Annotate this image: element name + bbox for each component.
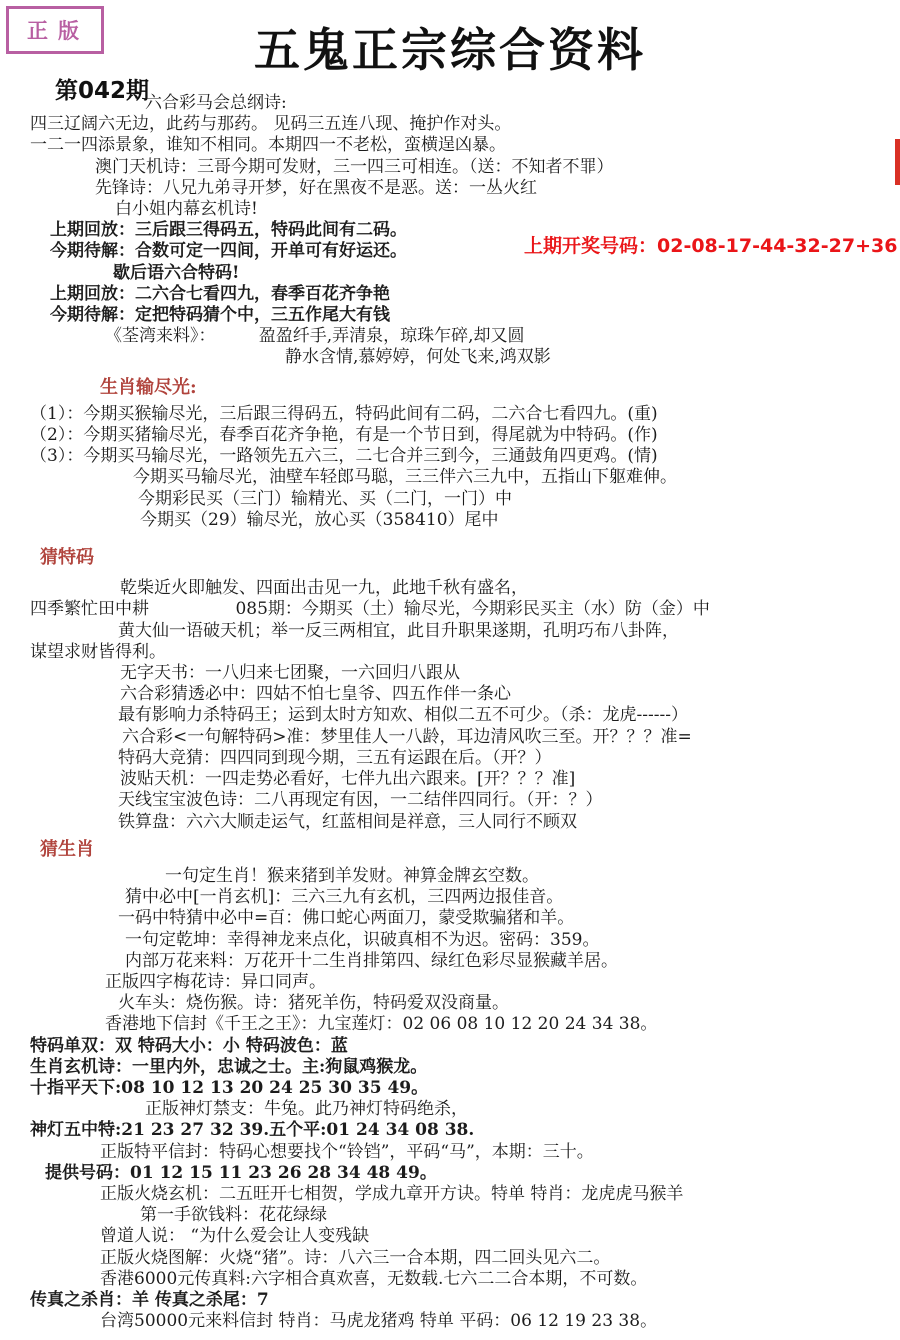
text-line: 传真之杀肖：羊 传真之杀尾：7 xyxy=(30,1290,900,1311)
text-line: （1）：今期买猴输尽光，三后跟三得码五，特码此间有二码，二六合七看四九。(重) xyxy=(30,404,900,425)
text-line: 正版火烧图解：火烧“猪”。诗：八六三一合本期，四二回头见六二。 xyxy=(100,1248,900,1269)
text-line: 今期待解：合数可定一四间，开单可有好运还。 xyxy=(50,241,900,262)
text-line: 静水含情,慕婷婷，何处飞来,鸿双影 xyxy=(285,347,900,368)
text-line: 白小姐内幕玄机诗! xyxy=(115,199,900,220)
text-line: 特码单双：双 特码大小：小 特码波色：蓝 xyxy=(30,1036,900,1057)
text-line: 火车头：烧伤猴。诗：猪死羊伤，特码爱双没商量。 xyxy=(118,993,900,1014)
text-line: 歇后语六合特码! xyxy=(113,263,900,284)
section-heading: 猜特码 xyxy=(40,547,900,568)
text-line: 上期回放：二六合七看四九，春季百花齐争艳 xyxy=(50,284,900,305)
text-line: 黄大仙一语破天机；举一反三两相宜，此目升职果遂期，孔明巧布八卦阵， xyxy=(118,621,900,642)
text-line: 谋望求财皆得利。 xyxy=(30,642,900,663)
document-lines: 六合彩马会总纲诗:四三辽阔六无边，此药与那药。 见码三五连八现、掩护作对头。一二… xyxy=(0,93,900,1332)
text-line: 四季繁忙田中耕 085期：今期买（土）输尽光，今期彩民买主（水）防（金）中 xyxy=(30,599,900,620)
text-line: 第一手欲钱料：花花绿绿 xyxy=(140,1205,900,1226)
text-line: 香港6000元传真料:六字相合真欢喜，无数载.七六二二合本期，不可数。 xyxy=(100,1269,900,1290)
text-line: 今期买（29）输尽光，放心买（358410）尾中 xyxy=(140,510,900,531)
text-line: 一句定乾坤：幸得神龙来点化，识破真相不为迟。密码：359。 xyxy=(125,930,900,951)
text-line: 澳门天机诗：三哥今期可发财，三一四三可相连。（送：不知者不罪） xyxy=(95,157,900,178)
text-line: 《荃湾来料》： 盈盈纤手,弄清泉，琼珠乍碎,却又圆 xyxy=(105,326,900,347)
text-line: 今期买马输尽光，油壁车轻郎马聪，三三伴六三九中，五指山下躯难伸。 xyxy=(133,467,900,488)
page-title: 五鬼正宗综合资料 xyxy=(0,14,900,80)
text-line: 正版四字梅花诗：异口同声。 xyxy=(105,972,900,993)
text-line: 今期彩民买（三门）输精光、买（二门，一门）中 xyxy=(138,489,900,510)
text-line: 上期回放：三后跟三得码五，特码此间有二码。 xyxy=(50,220,900,241)
text-line: 最有影响力杀特码王；运到太时方知欢、相似二五不可少。（杀：龙虎------） xyxy=(118,705,900,726)
text-line: 内部万花来料：万花开十二生肖排第四、绿红色彩尽显猴藏羊居。 xyxy=(125,951,900,972)
text-line: 十指平天下:08 10 12 13 20 24 25 30 35 49。 xyxy=(30,1078,900,1099)
text-line: 正版特平信封：特码心想要找个“铃铛”，平码“马”，本期：三十。 xyxy=(100,1142,900,1163)
text-line: 正版火烧玄机：二五旺开七相贺，学成九章开方诀。特单 特肖：龙虎虎马猴羊 xyxy=(100,1184,900,1205)
section-heading: 生肖输尽光: xyxy=(100,377,900,398)
text-line: 正版神灯禁支：牛兔。此乃神灯特码绝杀， xyxy=(145,1099,900,1120)
text-line: 乾柴近火即触发、四面出击见一九，此地千秋有盛名， xyxy=(120,578,900,599)
text-line: 天线宝宝波色诗：二八再现定有因，一二结伴四同行。（开：？） xyxy=(118,790,900,811)
text-line: 特码大竞猜：四四同到现今期，三五有运跟在后。（开？） xyxy=(118,748,900,769)
text-line: 香港地下信封《千王之王》：九宝莲灯：02 06 08 10 12 20 24 3… xyxy=(105,1014,900,1035)
text-line: 六合彩<一句解特码>准：梦里佳人一八龄，耳边清风吹三至。开？？？准= xyxy=(122,727,900,748)
text-line: 先锋诗：八兄九弟寻开梦，好在黑夜不是恶。送：一丛火红 xyxy=(95,178,900,199)
text-line: 六合彩猜透必中：四姑不怕七皇爷、四五作伴一条心 xyxy=(120,684,900,705)
text-line: 无字天书：一八归来七团聚，一六回归八跟从 xyxy=(120,663,900,684)
text-line: 一二一四添景象，谁知不相同。本期四一不老松，蛮横逞凶暴。 xyxy=(30,135,900,156)
text-line: 神灯五中特:21 23 27 32 39.五个平:01 24 34 08 38. xyxy=(30,1120,900,1141)
text-line: 生肖玄机诗：一里内外，忠诚之士。主:狗鼠鸡猴龙。 xyxy=(30,1057,900,1078)
text-line: 台湾50000元来料信封 特肖：马虎龙猪鸡 特单 平码：06 12 19 23 … xyxy=(100,1311,900,1332)
text-line: 四三辽阔六无边，此药与那药。 见码三五连八现、掩护作对头。 xyxy=(30,114,900,135)
text-line: 提供号码：01 12 15 11 23 26 28 34 48 49。 xyxy=(45,1163,900,1184)
text-line: 猜中必中[一肖玄机]：三六三九有玄机，三四两边报佳音。 xyxy=(125,887,900,908)
text-line: （3）：今期买马输尽光，一路领先五六三，二七合并三到今，三通鼓角四更鸡。(情) xyxy=(30,446,900,467)
text-line: 一码中特猜中必中=百：佛口蛇心两面刀，蒙受欺骗猪和羊。 xyxy=(118,908,900,929)
text-line: 一句定生肖！猴来猪到羊发财。神算金牌玄空数。 xyxy=(165,866,900,887)
text-line: 波贴天机：一四走势必看好，七伴九出六跟来。[开？？？准] xyxy=(120,769,900,790)
lottery-info-sheet: 正版 五鬼正宗综合资料 第042期 上期开奖号码：02-08-17-44-32-… xyxy=(0,0,900,1340)
text-line: 曾道人说： “为什么爱会让人变残缺 xyxy=(100,1226,900,1247)
text-line: 铁算盘：六六大顺走运气，红蓝相间是祥意，三人同行不顾双 xyxy=(118,812,900,833)
section-heading: 猜生肖 xyxy=(40,839,900,860)
text-line: （2）：今期买猪输尽光，春季百花齐争艳，有是一个节日到，得尾就为中特码。(作) xyxy=(30,425,900,446)
text-line: 今期待解：定把特码猜个中，三五作尾大有钱 xyxy=(50,305,900,326)
text-line: 六合彩马会总纲诗: xyxy=(145,93,900,114)
